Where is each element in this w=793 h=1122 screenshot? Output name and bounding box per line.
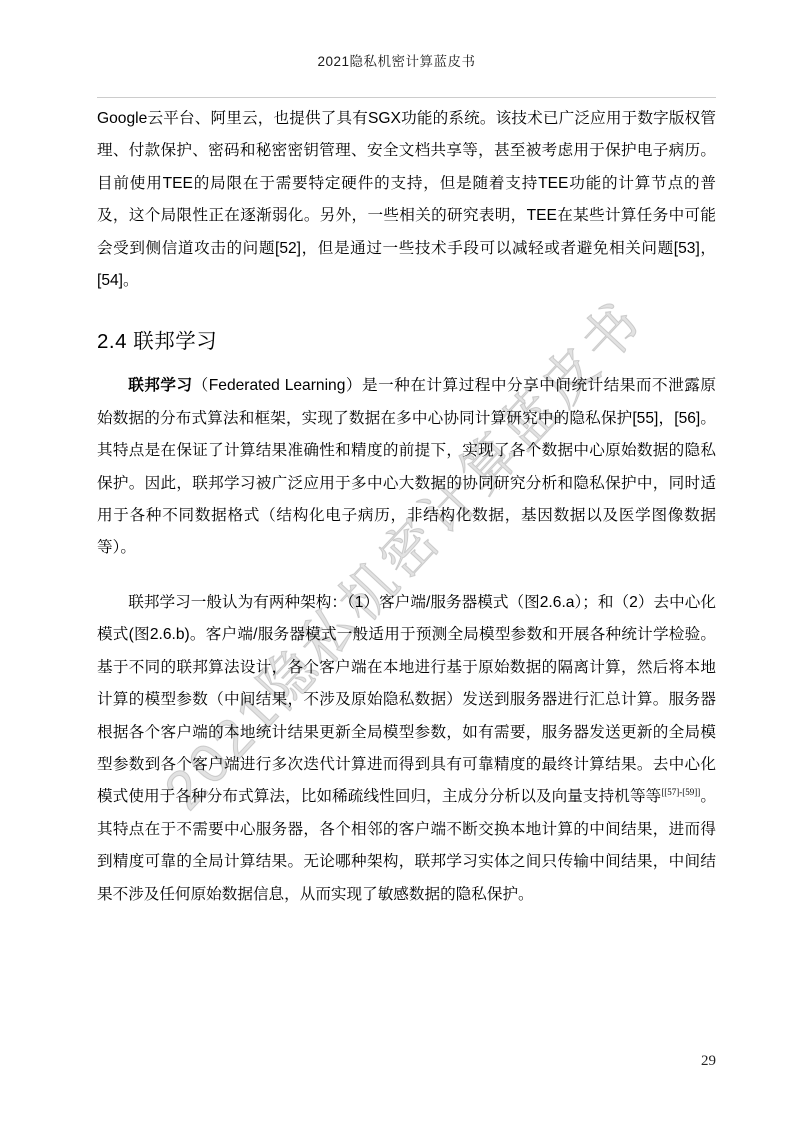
paragraph-architectures: 联邦学习一般认为有两种架构：（1）客户端/服务器模式（图2.6.a）；和（2）去… [97,587,716,911]
paragraph-architectures-text-1: 联邦学习一般认为有两种架构：（1）客户端/服务器模式（图2.6.a）；和（2）去… [97,594,716,805]
document-page: 2021隐私机密计算蓝皮书 2021隐私机密计算蓝皮书 Google云平台、阿里… [0,0,793,1122]
paragraph-architectures-text-2: 。其特点在于不需要中心服务器，各个相邻的客户端不断交换本地计算的中间结果，进而得… [97,788,716,902]
reference-superscript: [[57]-[59]] [661,787,700,797]
running-header-title: 2021隐私机密计算蓝皮书 [0,0,793,70]
paragraph-federated-intro-text: （Federated Learning）是一种在计算过程中分享中间统计结果而不泄… [97,377,716,556]
federated-learning-term: 联邦学习 [128,377,192,394]
section-heading-federated-learning: 2.4 联邦学习 [97,324,716,354]
paragraph-federated-intro: 联邦学习（Federated Learning）是一种在计算过程中分享中间统计结… [97,370,716,564]
page-number: 29 [701,1053,716,1069]
page-footer: 29 [701,1052,716,1070]
document-body: Google云平台、阿里云，也提供了具有SGX功能的系统。该技术已广泛应用于数字… [97,103,716,911]
paragraph-tee-sgx: Google云平台、阿里云，也提供了具有SGX功能的系统。该技术已广泛应用于数字… [97,103,716,297]
header-divider [97,97,716,98]
